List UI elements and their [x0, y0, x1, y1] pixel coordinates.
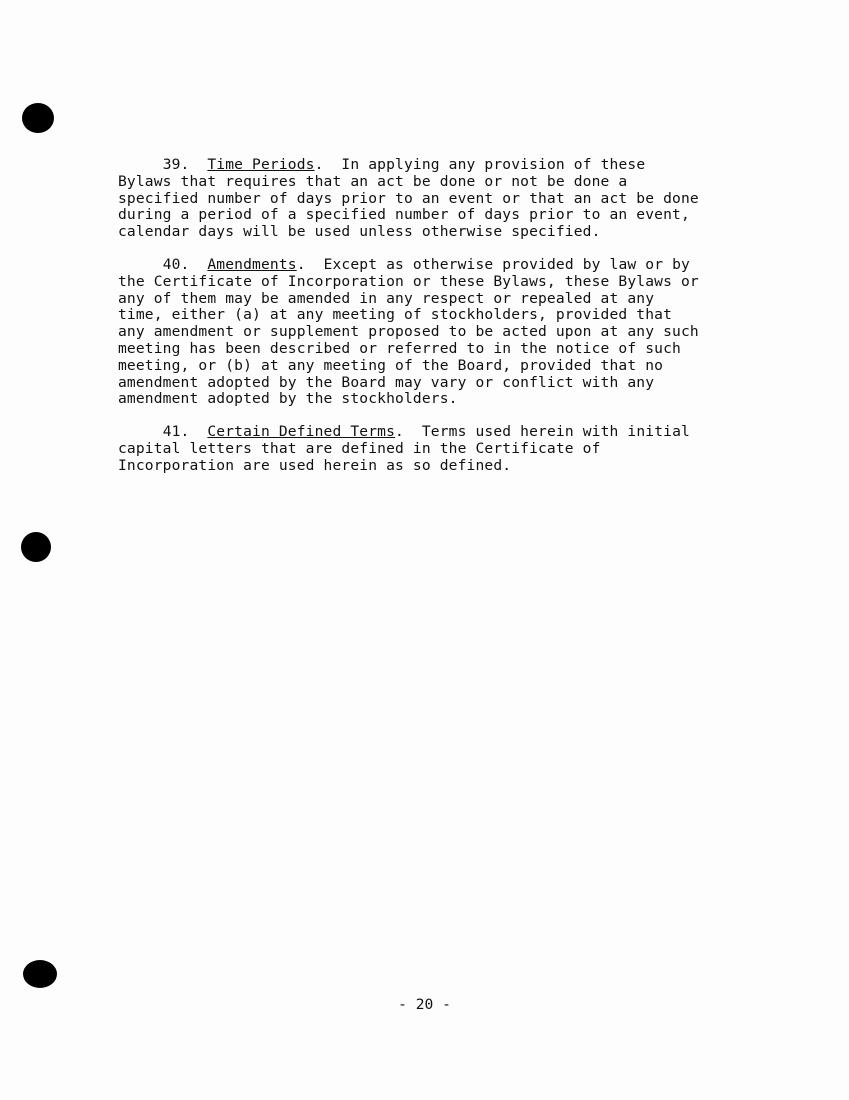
section-number: 40. — [163, 256, 190, 273]
section-line: time, either (a) at any meeting of stock… — [118, 306, 672, 323]
section-39: 39. Time Periods. In applying any provis… — [118, 157, 778, 241]
section-line: calendar days will be used unless otherw… — [118, 223, 601, 240]
section-line: any amendment or supplement proposed to … — [118, 323, 699, 340]
punch-hole-bottom — [23, 960, 57, 988]
section-line: meeting has been described or referred t… — [118, 340, 681, 357]
section-line: during a period of a specified number of… — [118, 206, 690, 223]
page-number: - 20 - — [0, 996, 849, 1013]
section-text: In applying any provision of these — [341, 156, 645, 173]
section-number: 39. — [163, 156, 190, 173]
section-heading: Certain Defined Terms — [207, 423, 395, 440]
section-line: capital letters that are defined in the … — [118, 440, 601, 457]
document-page: 39. Time Periods. In applying any provis… — [0, 0, 849, 1100]
section-line: any of them may be amended in any respec… — [118, 290, 654, 307]
punch-hole-middle — [21, 532, 51, 562]
section-line: amendment adopted by the stockholders. — [118, 390, 458, 407]
section-line: specified number of days prior to an eve… — [118, 190, 699, 207]
section-41: 41. Certain Defined Terms. Terms used he… — [118, 424, 778, 474]
section-line: the Certificate of Incorporation or thes… — [118, 273, 699, 290]
section-text: Terms used herein with initial — [422, 423, 690, 440]
section-line: Bylaws that requires that an act be done… — [118, 173, 627, 190]
section-number: 41. — [163, 423, 190, 440]
section-line: Incorporation are used herein as so defi… — [118, 457, 511, 474]
section-heading: Time Periods — [207, 156, 314, 173]
section-line: amendment adopted by the Board may vary … — [118, 374, 654, 391]
section-40: 40. Amendments. Except as otherwise prov… — [118, 257, 778, 408]
section-line: meeting, or (b) at any meeting of the Bo… — [118, 357, 663, 374]
document-body: 39. Time Periods. In applying any provis… — [118, 157, 778, 491]
punch-hole-top — [22, 103, 54, 133]
section-heading: Amendments — [207, 256, 296, 273]
section-text: Except as otherwise provided by law or b… — [324, 256, 690, 273]
